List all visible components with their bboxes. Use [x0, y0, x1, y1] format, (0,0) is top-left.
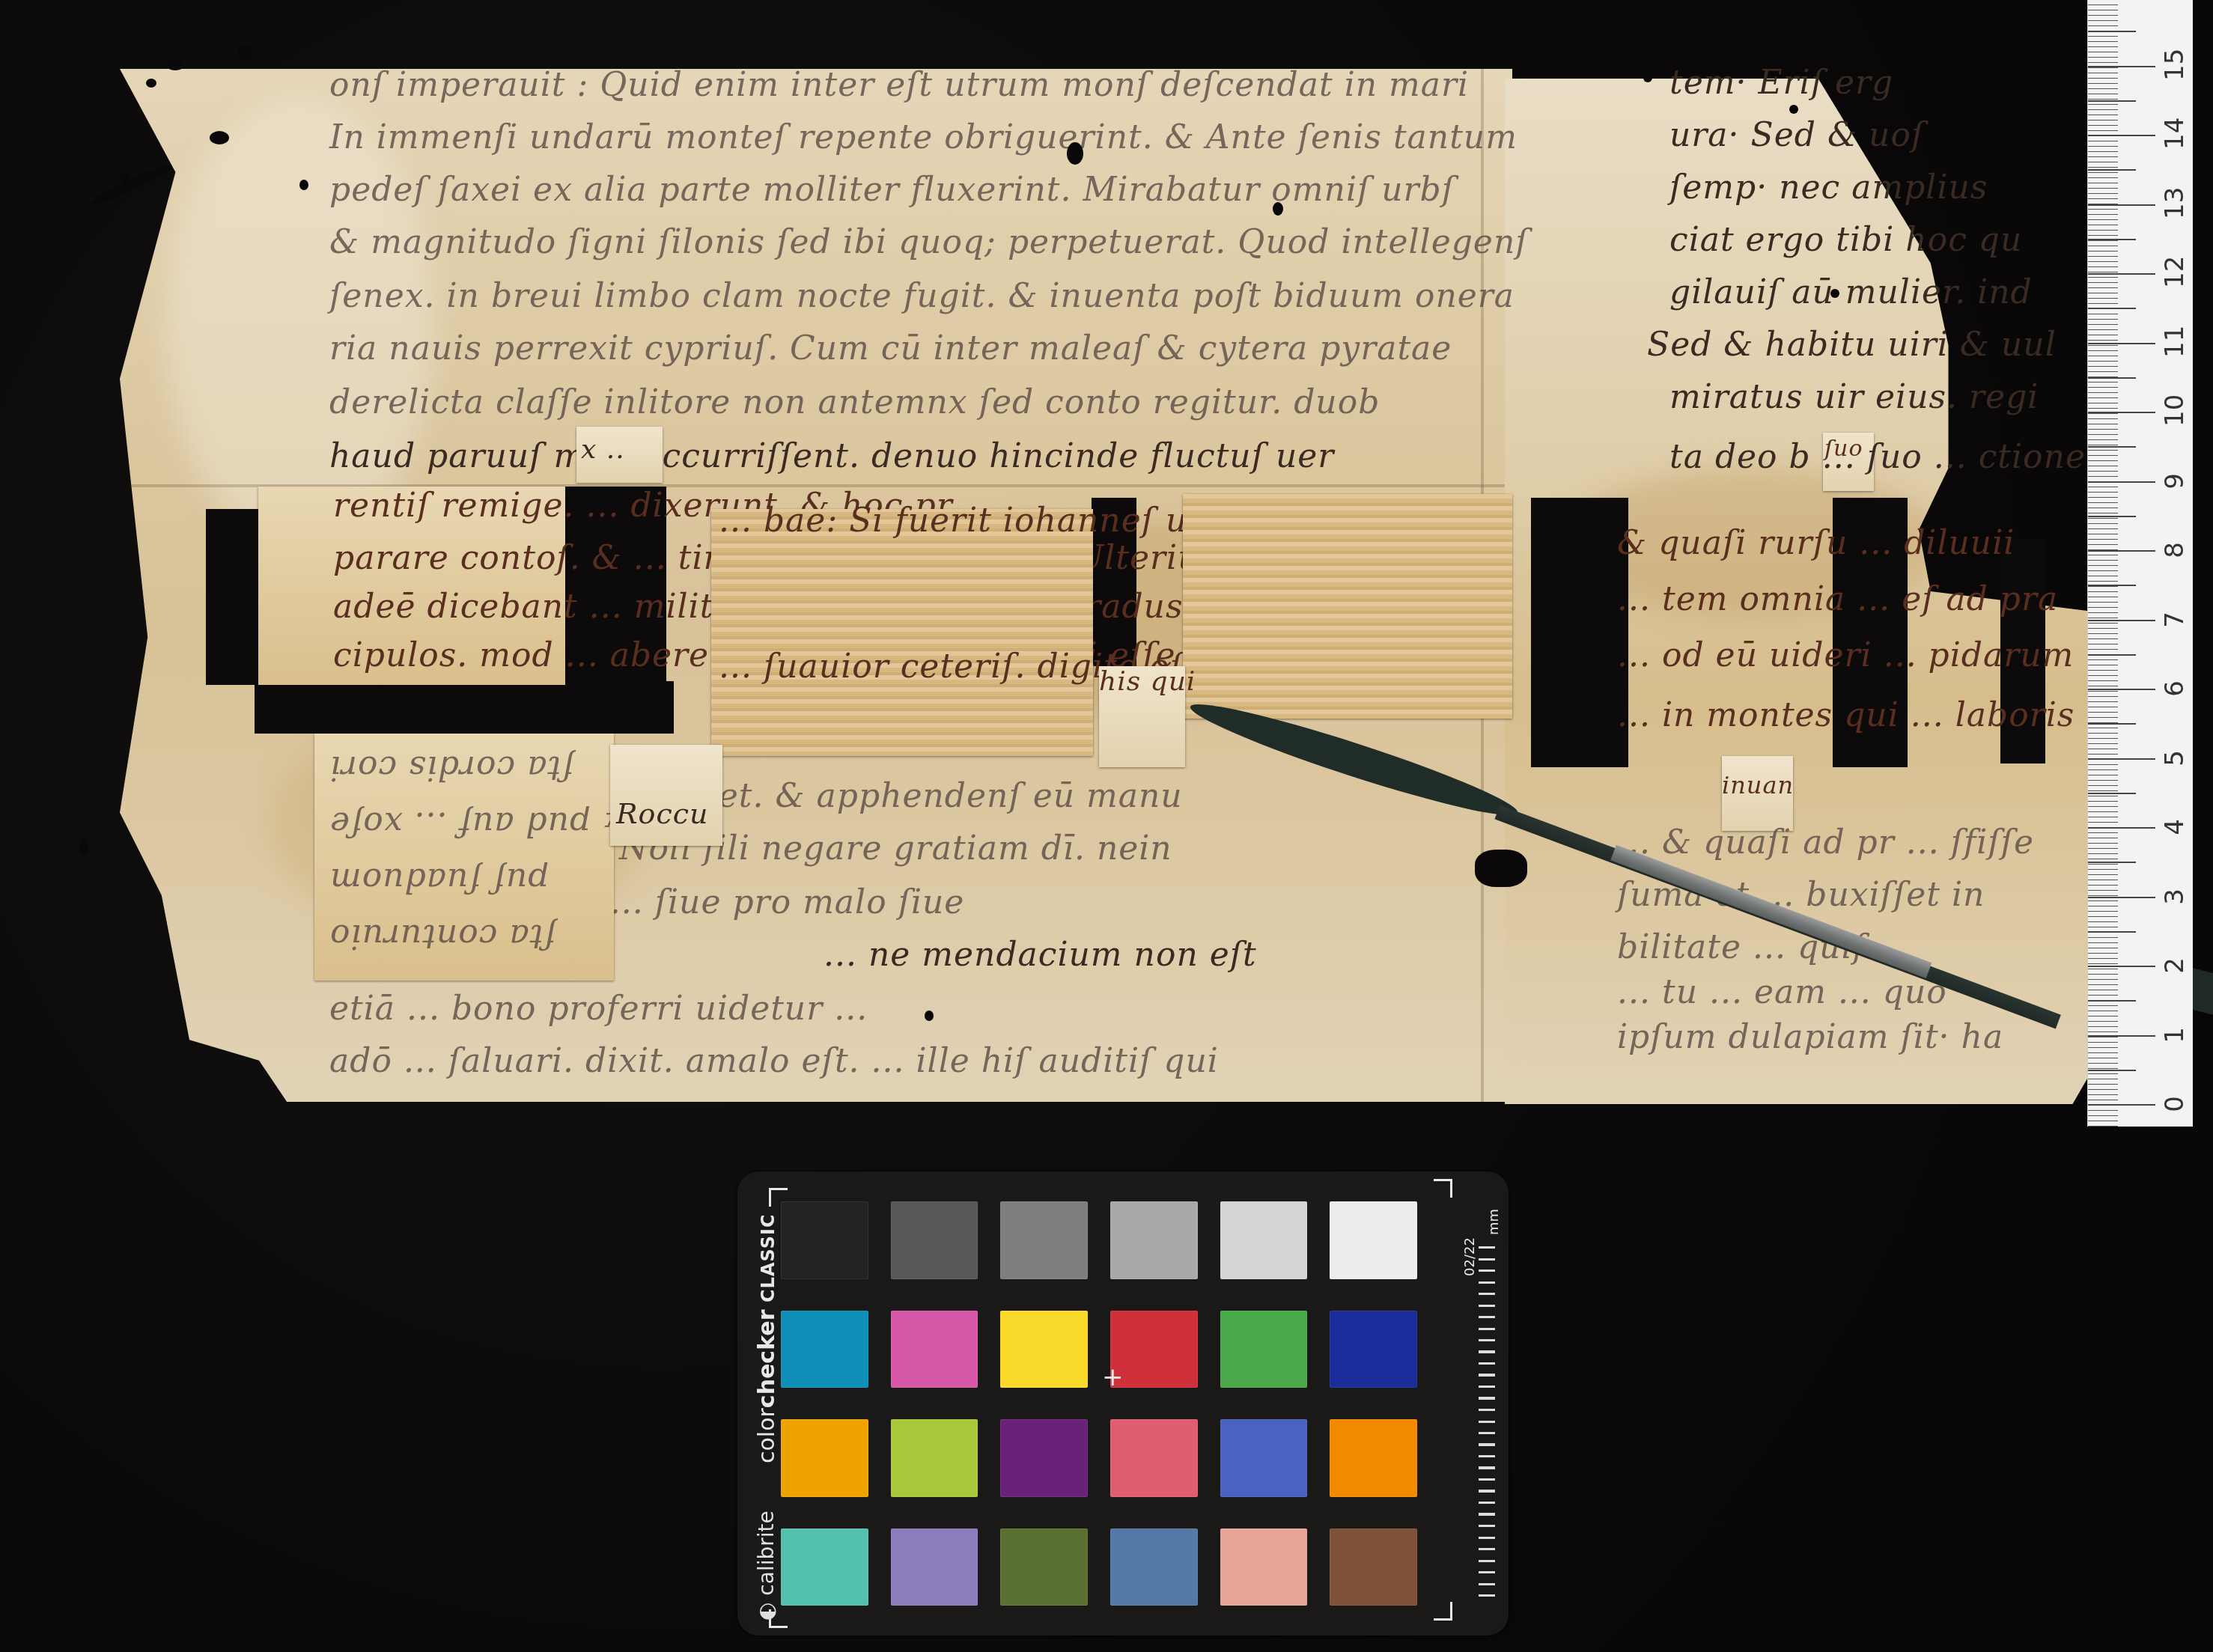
cm-ruler: 0123456789101112131415 — [2087, 0, 2193, 1127]
script-line: derelicta claſſe inlitore non antemnx ſe… — [329, 383, 1380, 421]
script-line: ſenex. in breui limbo clam nocte fugit. … — [329, 277, 1515, 315]
hole — [255, 681, 674, 734]
ruler-half-tick — [2088, 169, 2136, 171]
ruler-cm-tick — [2088, 689, 2155, 690]
ruler-label: 0 — [2160, 1089, 2190, 1119]
color-swatch-r2c5 — [1220, 1311, 1308, 1389]
ruler-half-tick — [2088, 31, 2136, 32]
ruler-label: 12 — [2160, 258, 2190, 288]
color-swatch-r3c6 — [1330, 1419, 1417, 1497]
ruler-cm-tick — [2088, 412, 2155, 413]
ruler-label: 6 — [2160, 674, 2190, 704]
script-line: ... tem omnia ... eſ ad pra — [1617, 580, 2058, 618]
script-line: ſta cordis cori — [329, 749, 573, 787]
brand-label: ◐ calibrite — [754, 1511, 779, 1621]
script-line: inuan — [1722, 771, 1794, 799]
ruler-label: 7 — [2160, 605, 2190, 635]
script-line: tem· Eriſ erg — [1669, 64, 1893, 102]
color-swatch-r4c2 — [891, 1528, 978, 1606]
registration-corner — [1434, 1602, 1452, 1621]
color-swatch-r3c5 — [1220, 1419, 1308, 1497]
ruler-cm-tick — [2088, 827, 2155, 829]
parchment-patch — [1183, 494, 1512, 719]
ruler-label: 1 — [2160, 1020, 2190, 1050]
ruler-cm-tick — [2088, 66, 2155, 67]
ruler-half-tick — [2088, 239, 2136, 240]
small-patch: his qui — [1099, 666, 1185, 767]
ruler-cm-tick — [2088, 135, 2155, 136]
ruler-cm-tick — [2088, 758, 2155, 760]
script-line: pedeſ ſaxei ex alia parte molliter fluxe… — [329, 171, 1455, 209]
ruler-label: 5 — [2160, 743, 2190, 773]
calibrite-logo-icon: ◐ — [754, 1596, 779, 1621]
color-swatch-r3c3 — [1000, 1419, 1088, 1497]
upside-down-patch: ſta cordis cori & pud auf ... xoſe puſ ſ… — [314, 734, 614, 981]
color-swatch-r3c1 — [781, 1419, 868, 1497]
ruler-label: 4 — [2160, 812, 2190, 842]
ruler-cm-tick — [2088, 481, 2155, 483]
ruler-label: 14 — [2160, 120, 2190, 150]
color-swatch-r3c4 — [1110, 1419, 1198, 1497]
hole — [1531, 498, 1628, 767]
ruler-cm-tick — [2088, 1104, 2155, 1106]
color-swatch-r2c6 — [1330, 1311, 1417, 1389]
small-patch: Roccu — [610, 745, 722, 846]
script-line: ipſum dulapiam ſit· ha — [1617, 1018, 2003, 1056]
script-line: miratus uir eius. regi — [1669, 378, 2039, 416]
ruler-label: 15 — [2160, 51, 2190, 81]
ruler-label: 8 — [2160, 535, 2190, 565]
script-line: In immenſi undarū monteſ repente obrigue… — [329, 118, 1518, 156]
script-line: puſ ſuaduom — [329, 861, 549, 899]
parchment-patch: ... bae: Si fuerit iohanneſ ut ... ... ſ… — [711, 509, 1093, 756]
ruler-cm-tick — [2088, 1035, 2155, 1037]
color-swatch-r2c2 — [891, 1311, 978, 1389]
script-line: Sed & habitu uiri & uul — [1647, 326, 2057, 364]
parchment-patch: rentiſ remige. ... dixerunt. & hoc pr ..… — [258, 487, 565, 685]
ruler-half-tick — [2088, 654, 2136, 656]
mm-scale — [1479, 1246, 1495, 1598]
color-swatch-r1c3 — [1000, 1201, 1088, 1279]
script-line: ſta conturuio — [329, 917, 556, 955]
ruler-cm-tick — [2088, 550, 2155, 552]
script-line: Roccu — [616, 797, 709, 830]
color-swatch-r1c2 — [891, 1201, 978, 1279]
small-patch: x .. — [576, 427, 663, 483]
ruler-cm-tick — [2088, 204, 2155, 206]
ruler-half-tick — [2088, 308, 2136, 309]
ruler-half-tick — [2088, 100, 2136, 102]
script-line: ria nauis perrexit cypriuſ. Cum cū inter… — [329, 329, 1452, 368]
script-line: ... in montes qui ... laboris — [1617, 696, 2075, 734]
script-line: gilauiſ aū mulier. ind — [1669, 273, 2033, 311]
color-swatch-r4c4 — [1110, 1528, 1198, 1606]
stain — [165, 99, 434, 548]
script-line: ura· Sed & uoſ — [1669, 116, 1924, 154]
ruler-label: 9 — [2160, 466, 2190, 496]
crosshair-icon: + — [1102, 1362, 1124, 1392]
ruler-half-tick — [2088, 377, 2136, 379]
color-checker-card: ◐ calibrite colorchecker CLASSIC 02/22 m… — [737, 1171, 1509, 1636]
script-line: ... tu ... eam ... quo — [1617, 973, 1947, 1011]
ruler-half-tick — [2088, 931, 2136, 933]
hole — [206, 509, 266, 685]
script-line: ... bae: Si fuerit iohanneſ ut ... — [719, 502, 1246, 540]
registration-corner — [1434, 1179, 1452, 1198]
script-line: etiā ... bono proferri uidetur ... — [329, 990, 868, 1028]
color-swatch-r1c1 — [781, 1201, 868, 1279]
script-line: ... & quaſi ad pr ... ſfiſſe — [1617, 823, 2034, 862]
script-line: & quaſi rurſu ... diluuii — [1617, 524, 2015, 562]
script-line: his qui — [1099, 666, 1196, 697]
ruler-cm-tick — [2088, 620, 2155, 621]
ruler-cm-tick — [2088, 273, 2155, 275]
ruler-half-tick — [2088, 516, 2136, 517]
ruler-label: 10 — [2160, 397, 2190, 427]
script-line: & pud auf ... xoſe — [329, 805, 632, 843]
version-label: 02/22 — [1462, 1237, 1478, 1276]
script-line: haud paruuſ m ... occurriſſent. denuo hi… — [329, 437, 1334, 475]
script-line: ... od eū uideri ... pidarum — [1617, 636, 2074, 674]
ruler-half-tick — [2088, 585, 2136, 586]
color-swatch-r2c3 — [1000, 1311, 1088, 1389]
swatch-grid — [781, 1201, 1417, 1606]
ruler-label: 3 — [2160, 882, 2190, 912]
small-patch: inuan — [1722, 756, 1793, 831]
ruler-label: 13 — [2160, 189, 2190, 219]
script-line: onſ imperauit : Quid enim inter eſt utru… — [329, 66, 1469, 104]
color-swatch-r2c1 — [781, 1311, 868, 1389]
script-line: ſemp· nec amplius — [1669, 168, 1988, 207]
color-swatch-r1c5 — [1220, 1201, 1308, 1279]
color-swatch-r1c6 — [1330, 1201, 1417, 1279]
color-swatch-r4c6 — [1330, 1528, 1417, 1606]
ruler-half-tick — [2088, 1070, 2136, 1071]
script-line: ta deo b ... ſuo ... ctione — [1669, 438, 2086, 476]
ruler-label: 2 — [2160, 951, 2190, 981]
color-swatch-r3c2 — [891, 1419, 978, 1497]
color-swatch-r4c1 — [781, 1528, 868, 1606]
script-line: x .. — [581, 434, 625, 465]
ruler-cm-tick — [2088, 343, 2155, 344]
ruler-half-tick — [2088, 862, 2136, 863]
ruler-half-tick — [2088, 723, 2136, 725]
ruler-label: 11 — [2160, 328, 2190, 358]
ruler-half-tick — [2088, 446, 2136, 448]
script-line: ciat ergo tibi hoc qu — [1669, 221, 2022, 259]
color-swatch-r1c4 — [1110, 1201, 1198, 1279]
script-line: ... ne mendacium non eſt — [824, 936, 1257, 974]
ruler-cm-tick — [2088, 966, 2155, 967]
color-swatch-r4c5 — [1220, 1528, 1308, 1606]
mm-label: mm — [1486, 1209, 1502, 1235]
color-swatch-r4c3 — [1000, 1528, 1088, 1606]
ruler-cm-tick — [2088, 897, 2155, 898]
script-line: & magnitudo ſigni ſilonis ſed ibi quoq; … — [329, 223, 1529, 261]
ruler-half-tick — [2088, 793, 2136, 794]
ruler-half-tick — [2088, 1000, 2136, 1002]
